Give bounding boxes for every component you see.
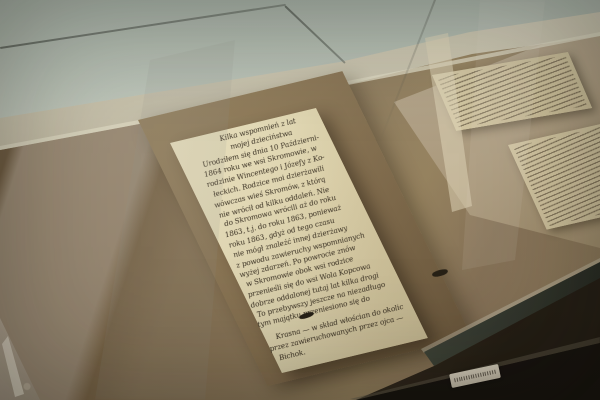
- museum-display-case-photo: Kilka wspomnień z lat mojej dzieciństwa …: [0, 0, 600, 400]
- label-micro-text: [454, 370, 496, 382]
